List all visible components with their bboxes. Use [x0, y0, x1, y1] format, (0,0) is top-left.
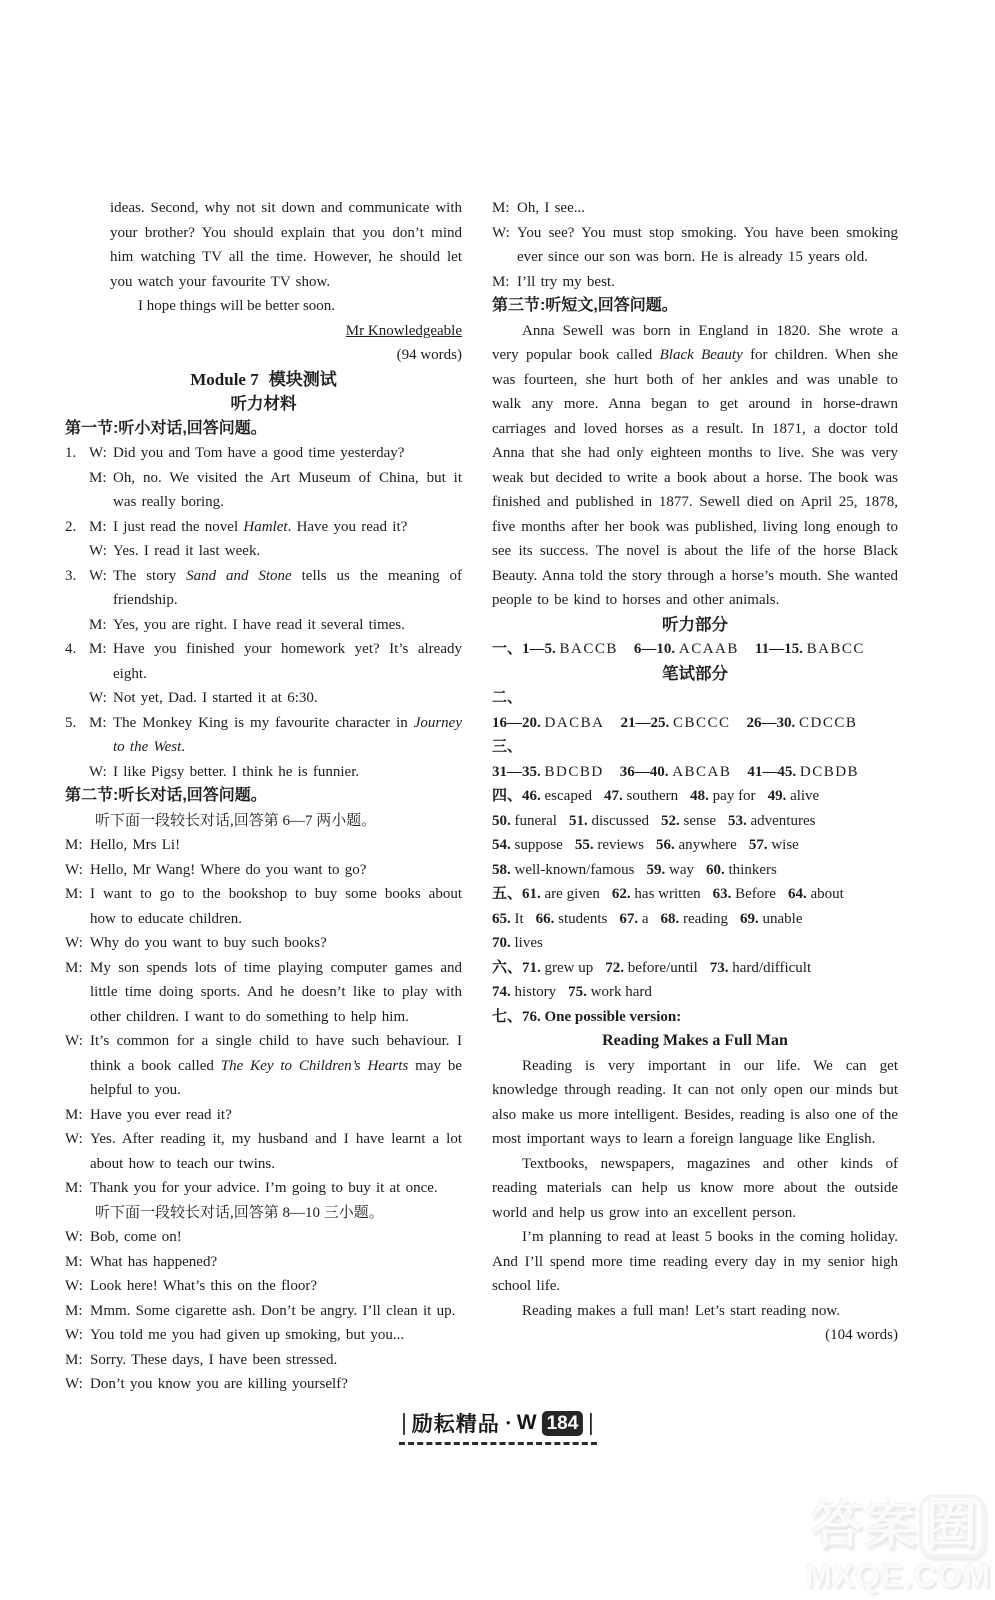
- dialog-text: Hello, Mrs Li!: [90, 837, 180, 853]
- dialog-text: Oh, no. We visited the Art Museum of Chi…: [113, 470, 462, 511]
- dialog-text: The Monkey King is my favourite characte…: [113, 715, 414, 731]
- row-enumerator: 二、: [492, 689, 522, 706]
- dialog-speaker: M:: [65, 882, 90, 907]
- answer-item: 47. southern: [604, 788, 678, 804]
- answer-word: Before: [735, 886, 776, 902]
- dialog-speaker: W:: [89, 539, 113, 564]
- section-2-heading: 第二节:听长对话,回答问题。: [65, 784, 462, 809]
- question-number: 74.: [492, 984, 511, 1000]
- dialog-text: My son spends lots of time playing compu…: [90, 960, 462, 1025]
- dialog-speaker: M:: [89, 613, 113, 638]
- dialog-speaker: W:: [65, 1127, 90, 1152]
- dialog-text-italic: Sand and Stone: [186, 568, 292, 584]
- answer-row-5b: 65. It66. students67. a68. reading69. un…: [492, 907, 898, 932]
- dialog-speaker: M:: [89, 466, 113, 491]
- dialog-text: I want to go to the bookshop to buy some…: [90, 886, 462, 927]
- watermark: 答案圈 MXQE.COM: [805, 1494, 991, 1593]
- answer-item: 64. about: [788, 886, 844, 902]
- question-range: 11—15.: [755, 641, 803, 657]
- row-enumerator: 七、: [492, 1008, 522, 1025]
- dialog-text: Hello, Mr Wang! Where do you want to go?: [90, 862, 366, 878]
- dialog-number: 1.: [65, 441, 89, 466]
- question-number: 65.: [492, 911, 511, 927]
- passage-text-after: for children. When she was fourteen, she…: [492, 347, 898, 608]
- module-heading-en: Module 7: [190, 370, 258, 389]
- dialog-speaker: W:: [65, 1029, 90, 1054]
- dialog-speaker: M:: [65, 833, 90, 858]
- answer-item: 56. anywhere: [656, 837, 737, 853]
- question-number: 63.: [713, 886, 732, 902]
- answer-letters: CBCCC: [673, 715, 731, 731]
- essay-paragraph: Textbooks, newspapers, magazines and oth…: [492, 1152, 898, 1226]
- answer-word: lives: [515, 935, 543, 951]
- dialog-line: W:Why do you want to buy such books?: [65, 931, 462, 956]
- dialog-line: W:Don’t you know you are killing yoursel…: [65, 1372, 462, 1397]
- dialog-speaker: M:: [89, 711, 113, 736]
- answer-item: 66. students: [536, 911, 608, 927]
- dialog-speaker: W:: [65, 1225, 90, 1250]
- answer-letters: BABCC: [807, 641, 865, 657]
- answer-item: 73. hard/difficult: [710, 960, 811, 976]
- essay-paragraph: Reading is very important in our life. W…: [492, 1054, 898, 1152]
- letter-body-paragraph: ideas. Second, why not sit down and comm…: [110, 196, 462, 294]
- answer-range-pair: 41—45. DCBDB: [747, 764, 859, 780]
- question-range: 41—45.: [747, 764, 796, 780]
- dialog-line: M:What has happened?: [65, 1250, 462, 1275]
- answer-row-6b: 74. history75. work hard: [492, 980, 898, 1005]
- answer-word: discussed: [591, 813, 649, 829]
- dialog-speaker: M:: [65, 1250, 90, 1275]
- row-enumerator: 三、: [492, 738, 522, 755]
- answer-letters: DACBA: [545, 715, 605, 731]
- answer-range-pair: 21—25. CBCCC: [621, 715, 731, 731]
- signature: Mr Knowledgeable: [346, 323, 462, 339]
- dialog-line: W:Yes. After reading it, my husband and …: [65, 1127, 462, 1176]
- answer-row-1: 一、1—5. BACCB6—10. ACAAB11—15. BABCC: [492, 637, 898, 662]
- question-number: 68.: [661, 911, 680, 927]
- dialog-number: 5.: [65, 711, 89, 736]
- dialog-speaker: W:: [65, 931, 90, 956]
- dialog-speaker: W:: [492, 221, 517, 246]
- letter-closing: I hope things will be better soon.: [110, 294, 462, 319]
- dialog-text: Did you and Tom have a good time yesterd…: [113, 445, 404, 461]
- row-enumerator: 四、: [492, 787, 522, 804]
- question-number: 52.: [661, 813, 680, 829]
- answer-word: anywhere: [679, 837, 737, 853]
- dialog-number: 3.: [65, 564, 89, 589]
- question-number: 53.: [728, 813, 747, 829]
- answer-word: history: [515, 984, 557, 1000]
- dialog-speaker: W:: [65, 1323, 90, 1348]
- dialog-line: M:Mmm. Some cigarette ash. Don’t be angr…: [65, 1299, 462, 1324]
- question-number: 61.: [522, 886, 541, 902]
- answer-item: 50. funeral: [492, 813, 557, 829]
- series-letter: W: [517, 1411, 537, 1435]
- dialog-line: M:Sorry. These days, I have been stresse…: [65, 1348, 462, 1373]
- dialog-line: W:Look here! What’s this on the floor?: [65, 1274, 462, 1299]
- dialog-text: Thank you for your advice. I’m going to …: [90, 1180, 438, 1196]
- answer-item: 72. before/until: [605, 960, 697, 976]
- answer-word: adventures: [750, 813, 815, 829]
- watermark-site-url: MXQE.COM: [805, 1559, 991, 1593]
- right-column: M:Oh, I see... W:You see? You must stop …: [492, 196, 898, 1397]
- answer-word: unable: [763, 911, 803, 927]
- question-range: 26—30.: [747, 715, 796, 731]
- dialog-text: You see? You must stop smoking. You have…: [517, 225, 898, 266]
- answer-item: 49. alive: [768, 788, 820, 804]
- dialog-speaker: M:: [65, 1103, 90, 1128]
- dialog-line: W:You see? You must stop smoking. You ha…: [492, 221, 898, 270]
- dialog-text: Sorry. These days, I have been stressed.: [90, 1352, 337, 1368]
- row-enumerator: 六、: [492, 959, 522, 976]
- answer-range-pair: 1—5. BACCB: [522, 641, 618, 657]
- answer-item: 70. lives: [492, 935, 543, 951]
- dialog-text: Look here! What’s this on the floor?: [90, 1278, 317, 1294]
- answer-item: 52. sense: [661, 813, 716, 829]
- answer-word: reading: [683, 911, 728, 927]
- dialog-line: 3.W:The story Sand and Stone tells us th…: [65, 564, 462, 613]
- question-number: 48.: [690, 788, 709, 804]
- answer-item: 48. pay for: [690, 788, 755, 804]
- dialog-number: 4.: [65, 637, 89, 662]
- dialog-speaker: W:: [89, 564, 113, 589]
- answer-range-pair: 11—15. BABCC: [755, 641, 865, 657]
- answer-row-6a: 六、71. grew up72. before/until73. hard/di…: [492, 956, 898, 981]
- watermark-circled-char: 圈: [919, 1494, 985, 1558]
- written-part-heading: 笔试部分: [492, 662, 898, 687]
- dialog-text: Don’t you know you are killing yourself?: [90, 1376, 348, 1392]
- answer-letters: DCBDB: [800, 764, 859, 780]
- dialog-line: M:I’ll try my best.: [492, 270, 898, 295]
- dialog-text: Mmm. Some cigarette ash. Don’t be angry.…: [90, 1303, 455, 1319]
- dialog-line: M:Yes, you are right. I have read it sev…: [65, 613, 462, 638]
- watermark-char-2: 案: [865, 1497, 919, 1555]
- dialog-speaker: W:: [89, 441, 113, 466]
- question-number: 58.: [492, 862, 511, 878]
- watermark-logo-text: 答案圈: [805, 1494, 991, 1558]
- dialog-speaker: M:: [65, 1299, 90, 1324]
- question-number: 71.: [522, 960, 541, 976]
- question-number: 60.: [706, 862, 725, 878]
- scanned-answer-page: ideas. Second, why not sit down and comm…: [0, 0, 995, 1600]
- dialog-speaker: W:: [65, 1274, 90, 1299]
- question-range: 31—35.: [492, 764, 541, 780]
- answer-letters: CDCCB: [799, 715, 857, 731]
- answer-item: 46. escaped: [522, 788, 592, 804]
- dialog-line: M:Oh, I see...: [492, 196, 898, 221]
- brand-text: 励耘精品: [412, 1408, 500, 1438]
- answer-word: students: [558, 911, 607, 927]
- question-number: 55.: [575, 837, 594, 853]
- answer-item: 62. has written: [612, 886, 701, 902]
- answer-word: sense: [683, 813, 716, 829]
- question-number: 47.: [604, 788, 623, 804]
- question-number: 56.: [656, 837, 675, 853]
- answer-item: 57. wise: [749, 837, 799, 853]
- left-column: ideas. Second, why not sit down and comm…: [65, 196, 462, 1397]
- answer-row-4b: 50. funeral51. discussed52. sense53. adv…: [492, 809, 898, 834]
- dialog-line: M:Thank you for your advice. I’m going t…: [65, 1176, 462, 1201]
- question-number: 46.: [522, 788, 541, 804]
- dialog-speaker: M:: [89, 637, 113, 662]
- footer-left-bar: |: [401, 1411, 406, 1435]
- dialog-speaker: M:: [65, 1176, 90, 1201]
- answer-word: thinkers: [728, 862, 776, 878]
- module-heading: Module 7模块测试: [65, 368, 462, 393]
- question-range: 16—20.: [492, 715, 541, 731]
- dialog-line: M:Have you ever read it?: [65, 1103, 462, 1128]
- dialog-line: W:Bob, come on!: [65, 1225, 462, 1250]
- answer-item: 61. are given: [522, 886, 600, 902]
- answer-word: has written: [634, 886, 700, 902]
- answer-item: 74. history: [492, 984, 556, 1000]
- answer-word: pay for: [713, 788, 756, 804]
- answer-range-pair: 26—30. CDCCB: [747, 715, 858, 731]
- listening-passage: Anna Sewell was born in England in 1820.…: [492, 319, 898, 613]
- answer-item: 69. unable: [740, 911, 802, 927]
- answer-word: before/until: [628, 960, 698, 976]
- answer-item: 54. suppose: [492, 837, 563, 853]
- answer-word: grew up: [545, 960, 594, 976]
- answer-letters: ABCAB: [672, 764, 731, 780]
- answer-word: It: [515, 911, 524, 927]
- dialog-text: Not yet, Dad. I started it at 6:30.: [113, 690, 318, 706]
- dialog-line: 4.M:Have you finished your homework yet?…: [65, 637, 462, 686]
- dialog-line: M:My son spends lots of time playing com…: [65, 956, 462, 1030]
- letter-word-count: (94 words): [65, 343, 462, 368]
- dialog-line: W:Not yet, Dad. I started it at 6:30.: [65, 686, 462, 711]
- possible-version-label: One possible version:: [545, 1009, 682, 1025]
- row-enumerator: 五、: [492, 885, 522, 902]
- dialog-line: W:It’s common for a single child to have…: [65, 1029, 462, 1103]
- question-number: 69.: [740, 911, 759, 927]
- dialog-speaker: M:: [89, 515, 113, 540]
- dialog-line: 1.W:Did you and Tom have a good time yes…: [65, 441, 462, 466]
- dialog-line: W:Yes. I read it last week.: [65, 539, 462, 564]
- question-number: 75.: [568, 984, 587, 1000]
- essay-title: Reading Makes a Full Man: [492, 1029, 898, 1054]
- answer-item: 51. discussed: [569, 813, 649, 829]
- answer-row-7: 七、76. One possible version:: [492, 1005, 898, 1030]
- answer-item: 67. a: [619, 911, 648, 927]
- dialog-hint-6-7: 听下面一段较长对话,回答第 6—7 两小题。: [65, 809, 462, 834]
- dialog-line: W:You told me you had given up smoking, …: [65, 1323, 462, 1348]
- question-number: 50.: [492, 813, 511, 829]
- answer-word: reviews: [597, 837, 644, 853]
- dialog-line: W:I like Pigsy better. I think he is fun…: [65, 760, 462, 785]
- answer-row-5a: 五、61. are given62. has written63. Before…: [492, 882, 898, 907]
- dialog-speaker: M:: [492, 196, 517, 221]
- row-enumerator: 一、: [492, 640, 522, 657]
- answer-item: 63. Before: [713, 886, 776, 902]
- module-heading-cn: 模块测试: [269, 370, 337, 389]
- answer-item: 58. well-known/famous: [492, 862, 634, 878]
- letter-signature-row: Mr Knowledgeable: [65, 319, 462, 344]
- answer-range-pair: 6—10. ACAAB: [634, 641, 739, 657]
- dialog-text: I just read the novel: [113, 519, 243, 535]
- section-3-heading: 第三节:听短文,回答问题。: [492, 294, 898, 319]
- answer-word: work hard: [591, 984, 652, 1000]
- question-number: 76.: [522, 1009, 541, 1025]
- dialog-text: Oh, I see...: [517, 200, 585, 216]
- answer-item: 71. grew up: [522, 960, 593, 976]
- answer-letters: BACCB: [560, 641, 618, 657]
- answer-word: escaped: [545, 788, 592, 804]
- dialog-text: Why do you want to buy such books?: [90, 935, 327, 951]
- question-range: 6—10.: [634, 641, 675, 657]
- question-number: 49.: [768, 788, 787, 804]
- question-number: 66.: [536, 911, 555, 927]
- answer-row-2: 二、16—20. DACBA21—25. CBCCC26—30. CDCCB: [492, 686, 898, 735]
- dialog-text: Yes. After reading it, my husband and I …: [90, 1131, 462, 1172]
- answer-item: 60. thinkers: [706, 862, 777, 878]
- dialog-text-after: . Have you read it?: [288, 519, 408, 535]
- answer-range-pair: 16—20. DACBA: [492, 715, 605, 731]
- dialog-speaker: M:: [65, 956, 90, 981]
- page-number-badge: 184: [542, 1411, 584, 1436]
- answer-word: southern: [626, 788, 678, 804]
- dialog-line: M:Oh, no. We visited the Art Museum of C…: [65, 466, 462, 515]
- watermark-char-1: 答: [811, 1497, 865, 1555]
- essay-paragraph: Reading makes a full man! Let’s start re…: [492, 1299, 898, 1324]
- question-number: 70.: [492, 935, 511, 951]
- dialog-text-after: .: [181, 739, 185, 755]
- answer-word: suppose: [515, 837, 563, 853]
- listening-material-heading: 听力材料: [65, 392, 462, 417]
- dialog-text: The story: [113, 568, 186, 584]
- footer-right-bar: |: [588, 1411, 593, 1435]
- answer-word: funeral: [515, 813, 557, 829]
- dialog-text: Yes, you are right. I have read it sever…: [113, 617, 405, 633]
- question-number: 59.: [646, 862, 665, 878]
- answer-word: hard/difficult: [732, 960, 811, 976]
- dialog-line: 5.M:The Monkey King is my favourite char…: [65, 711, 462, 760]
- dialog-text-italic: The Key to Children’s Hearts: [221, 1058, 408, 1074]
- answer-item: 55. reviews: [575, 837, 644, 853]
- dialog-line: 2.M:I just read the novel Hamlet. Have y…: [65, 515, 462, 540]
- question-number: 62.: [612, 886, 631, 902]
- two-column-layout: ideas. Second, why not sit down and comm…: [65, 196, 898, 1397]
- answer-word: wise: [771, 837, 799, 853]
- answer-row-4a: 四、46. escaped47. southern48. pay for49. …: [492, 784, 898, 809]
- essay-paragraph: I’m planning to read at least 5 books in…: [492, 1225, 898, 1299]
- question-number: 72.: [605, 960, 624, 976]
- answer-item: 53. adventures: [728, 813, 815, 829]
- dialog-text: I’ll try my best.: [517, 274, 615, 290]
- answer-row-3: 三、31—35. BDCBD36—40. ABCAB41—45. DCBDB: [492, 735, 898, 784]
- essay-word-count: (104 words): [492, 1323, 898, 1348]
- dialog-speaker: W:: [65, 858, 90, 883]
- question-number: 67.: [619, 911, 638, 927]
- answer-word: about: [810, 886, 843, 902]
- dialog-speaker: M:: [492, 270, 517, 295]
- dialog-speaker: M:: [65, 1348, 90, 1373]
- answer-word: alive: [790, 788, 819, 804]
- dialog-text: Have you ever read it?: [90, 1107, 232, 1123]
- question-number: 54.: [492, 837, 511, 853]
- dialog-text: What has happened?: [90, 1254, 217, 1270]
- passage-book-title: Black Beauty: [660, 347, 743, 363]
- dialog-text: You told me you had given up smoking, bu…: [90, 1327, 404, 1343]
- question-number: 51.: [569, 813, 588, 829]
- dialog-text: Bob, come on!: [90, 1229, 182, 1245]
- question-number: 57.: [749, 837, 768, 853]
- answer-range-pair: 36—40. ABCAB: [620, 764, 732, 780]
- section-1-heading: 第一节:听小对话,回答问题。: [65, 417, 462, 442]
- answer-item: 65. It: [492, 911, 524, 927]
- dialog-line: M:I want to go to the bookshop to buy so…: [65, 882, 462, 931]
- dialog-text: Yes. I read it last week.: [113, 543, 260, 559]
- question-range: 36—40.: [620, 764, 669, 780]
- answer-word: well-known/famous: [515, 862, 635, 878]
- footer-logo: | 励耘精品 · W 184 |: [398, 1408, 596, 1445]
- answer-word: way: [669, 862, 694, 878]
- answer-letters: BDCBD: [545, 764, 604, 780]
- question-number: 73.: [710, 960, 729, 976]
- listening-part-heading: 听力部分: [492, 613, 898, 638]
- answer-row-5c: 70. lives: [492, 931, 898, 956]
- answer-letters: ACAAB: [679, 641, 739, 657]
- answer-item: 59. way: [646, 862, 694, 878]
- answer-word: are given: [545, 886, 600, 902]
- answer-item: 75. work hard: [568, 984, 652, 1000]
- dialog-speaker: W:: [89, 760, 113, 785]
- question-range: 1—5.: [522, 641, 556, 657]
- dialog-text: I like Pigsy better. I think he is funni…: [113, 764, 359, 780]
- answer-word: a: [642, 911, 649, 927]
- dialog-line: M:Hello, Mrs Li!: [65, 833, 462, 858]
- dialog-hint-8-10: 听下面一段较长对话,回答第 8—10 三小题。: [65, 1201, 462, 1226]
- brand-separator-dot: ·: [505, 1411, 512, 1436]
- dialog-text-italic: Hamlet: [243, 519, 287, 535]
- dialog-text: Have you finished your homework yet? It’…: [113, 641, 462, 682]
- dialog-speaker: W:: [65, 1372, 90, 1397]
- dialog-line: W:Hello, Mr Wang! Where do you want to g…: [65, 858, 462, 883]
- answer-row-4d: 58. well-known/famous59. way60. thinkers: [492, 858, 898, 883]
- question-number: 64.: [788, 886, 807, 902]
- dialog-number: 2.: [65, 515, 89, 540]
- answer-item: 68. reading: [661, 911, 728, 927]
- answer-row-4c: 54. suppose55. reviews56. anywhere57. wi…: [492, 833, 898, 858]
- dialog-speaker: W:: [89, 686, 113, 711]
- question-range: 21—25.: [621, 715, 670, 731]
- answer-range-pair: 31—35. BDCBD: [492, 764, 604, 780]
